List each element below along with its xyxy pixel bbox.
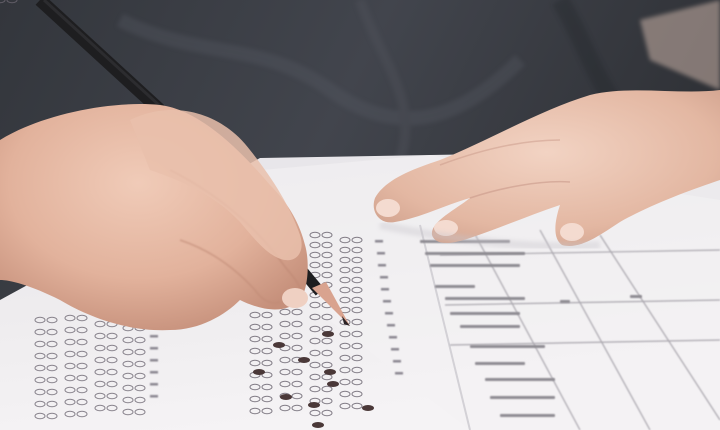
photo-scene: Close-up of a student filling in a multi… [0,0,720,430]
photo-illustration [0,0,720,430]
